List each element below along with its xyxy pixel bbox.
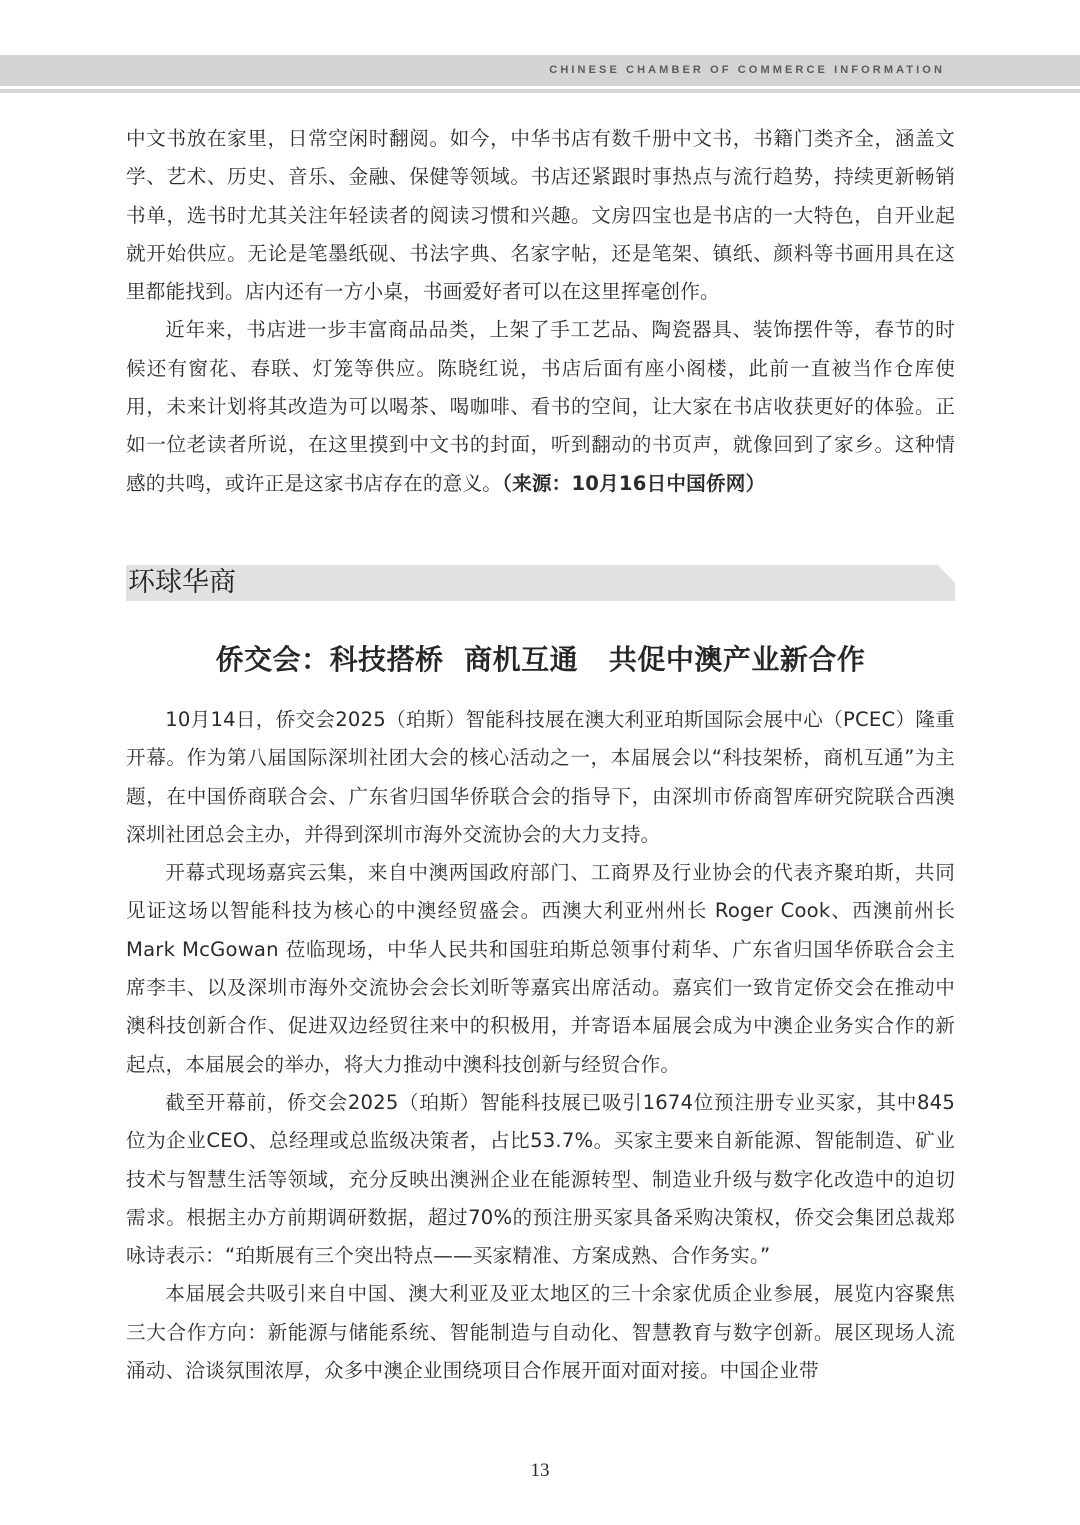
previous-article-body: 中文书放在家里，日常空闲时翻阅。如今，中华书店有数千册中文书，书籍门类齐全，涵盖… (126, 120, 955, 503)
paragraph: 中文书放在家里，日常空闲时翻阅。如今，中华书店有数千册中文书，书籍门类齐全，涵盖… (126, 120, 955, 311)
article-body: 10月14日，侨交会2025（珀斯）智能科技展在澳大利亚珀斯国际会展中心（PCE… (126, 701, 955, 1390)
paragraph: 截至开幕前，侨交会2025（珀斯）智能科技展已吸引1674位预注册专业买家，其中… (126, 1084, 955, 1275)
paragraph: 10月14日，侨交会2025（珀斯）智能科技展在澳大利亚珀斯国际会展中心（PCE… (126, 701, 955, 854)
section-banner: 环球华商 (126, 565, 955, 601)
source-note: （来源：10月16日中国侨网） (502, 472, 765, 495)
paragraph: 近年来，书店进一步丰富商品品类，上架了手工艺品、陶瓷器具、装饰摆件等，春节的时候… (126, 311, 955, 502)
paragraph: 本届展会共吸引来自中国、澳大利亚及亚太地区的三十余家优质企业参展，展览内容聚焦三… (126, 1275, 955, 1390)
header-divider (0, 89, 1080, 93)
page-number: 13 (0, 1460, 1080, 1482)
article-title: 侨交会：科技搭桥 商机互通 共促中澳产业新合作 (126, 640, 955, 680)
paragraph: 开幕式现场嘉宾云集，来自中澳两国政府部门、工商界及行业协会的代表齐聚珀斯，共同见… (126, 854, 955, 1084)
publication-name: CHINESE CHAMBER OF COMMERCE INFORMATION (549, 64, 945, 76)
section-title: 环球华商 (128, 566, 236, 600)
running-header-bar: CHINESE CHAMBER OF COMMERCE INFORMATION (0, 55, 1080, 86)
paragraph-text: 近年来，书店进一步丰富商品品类，上架了手工艺品、陶瓷器具、装饰摆件等，春节的时候… (126, 318, 955, 494)
